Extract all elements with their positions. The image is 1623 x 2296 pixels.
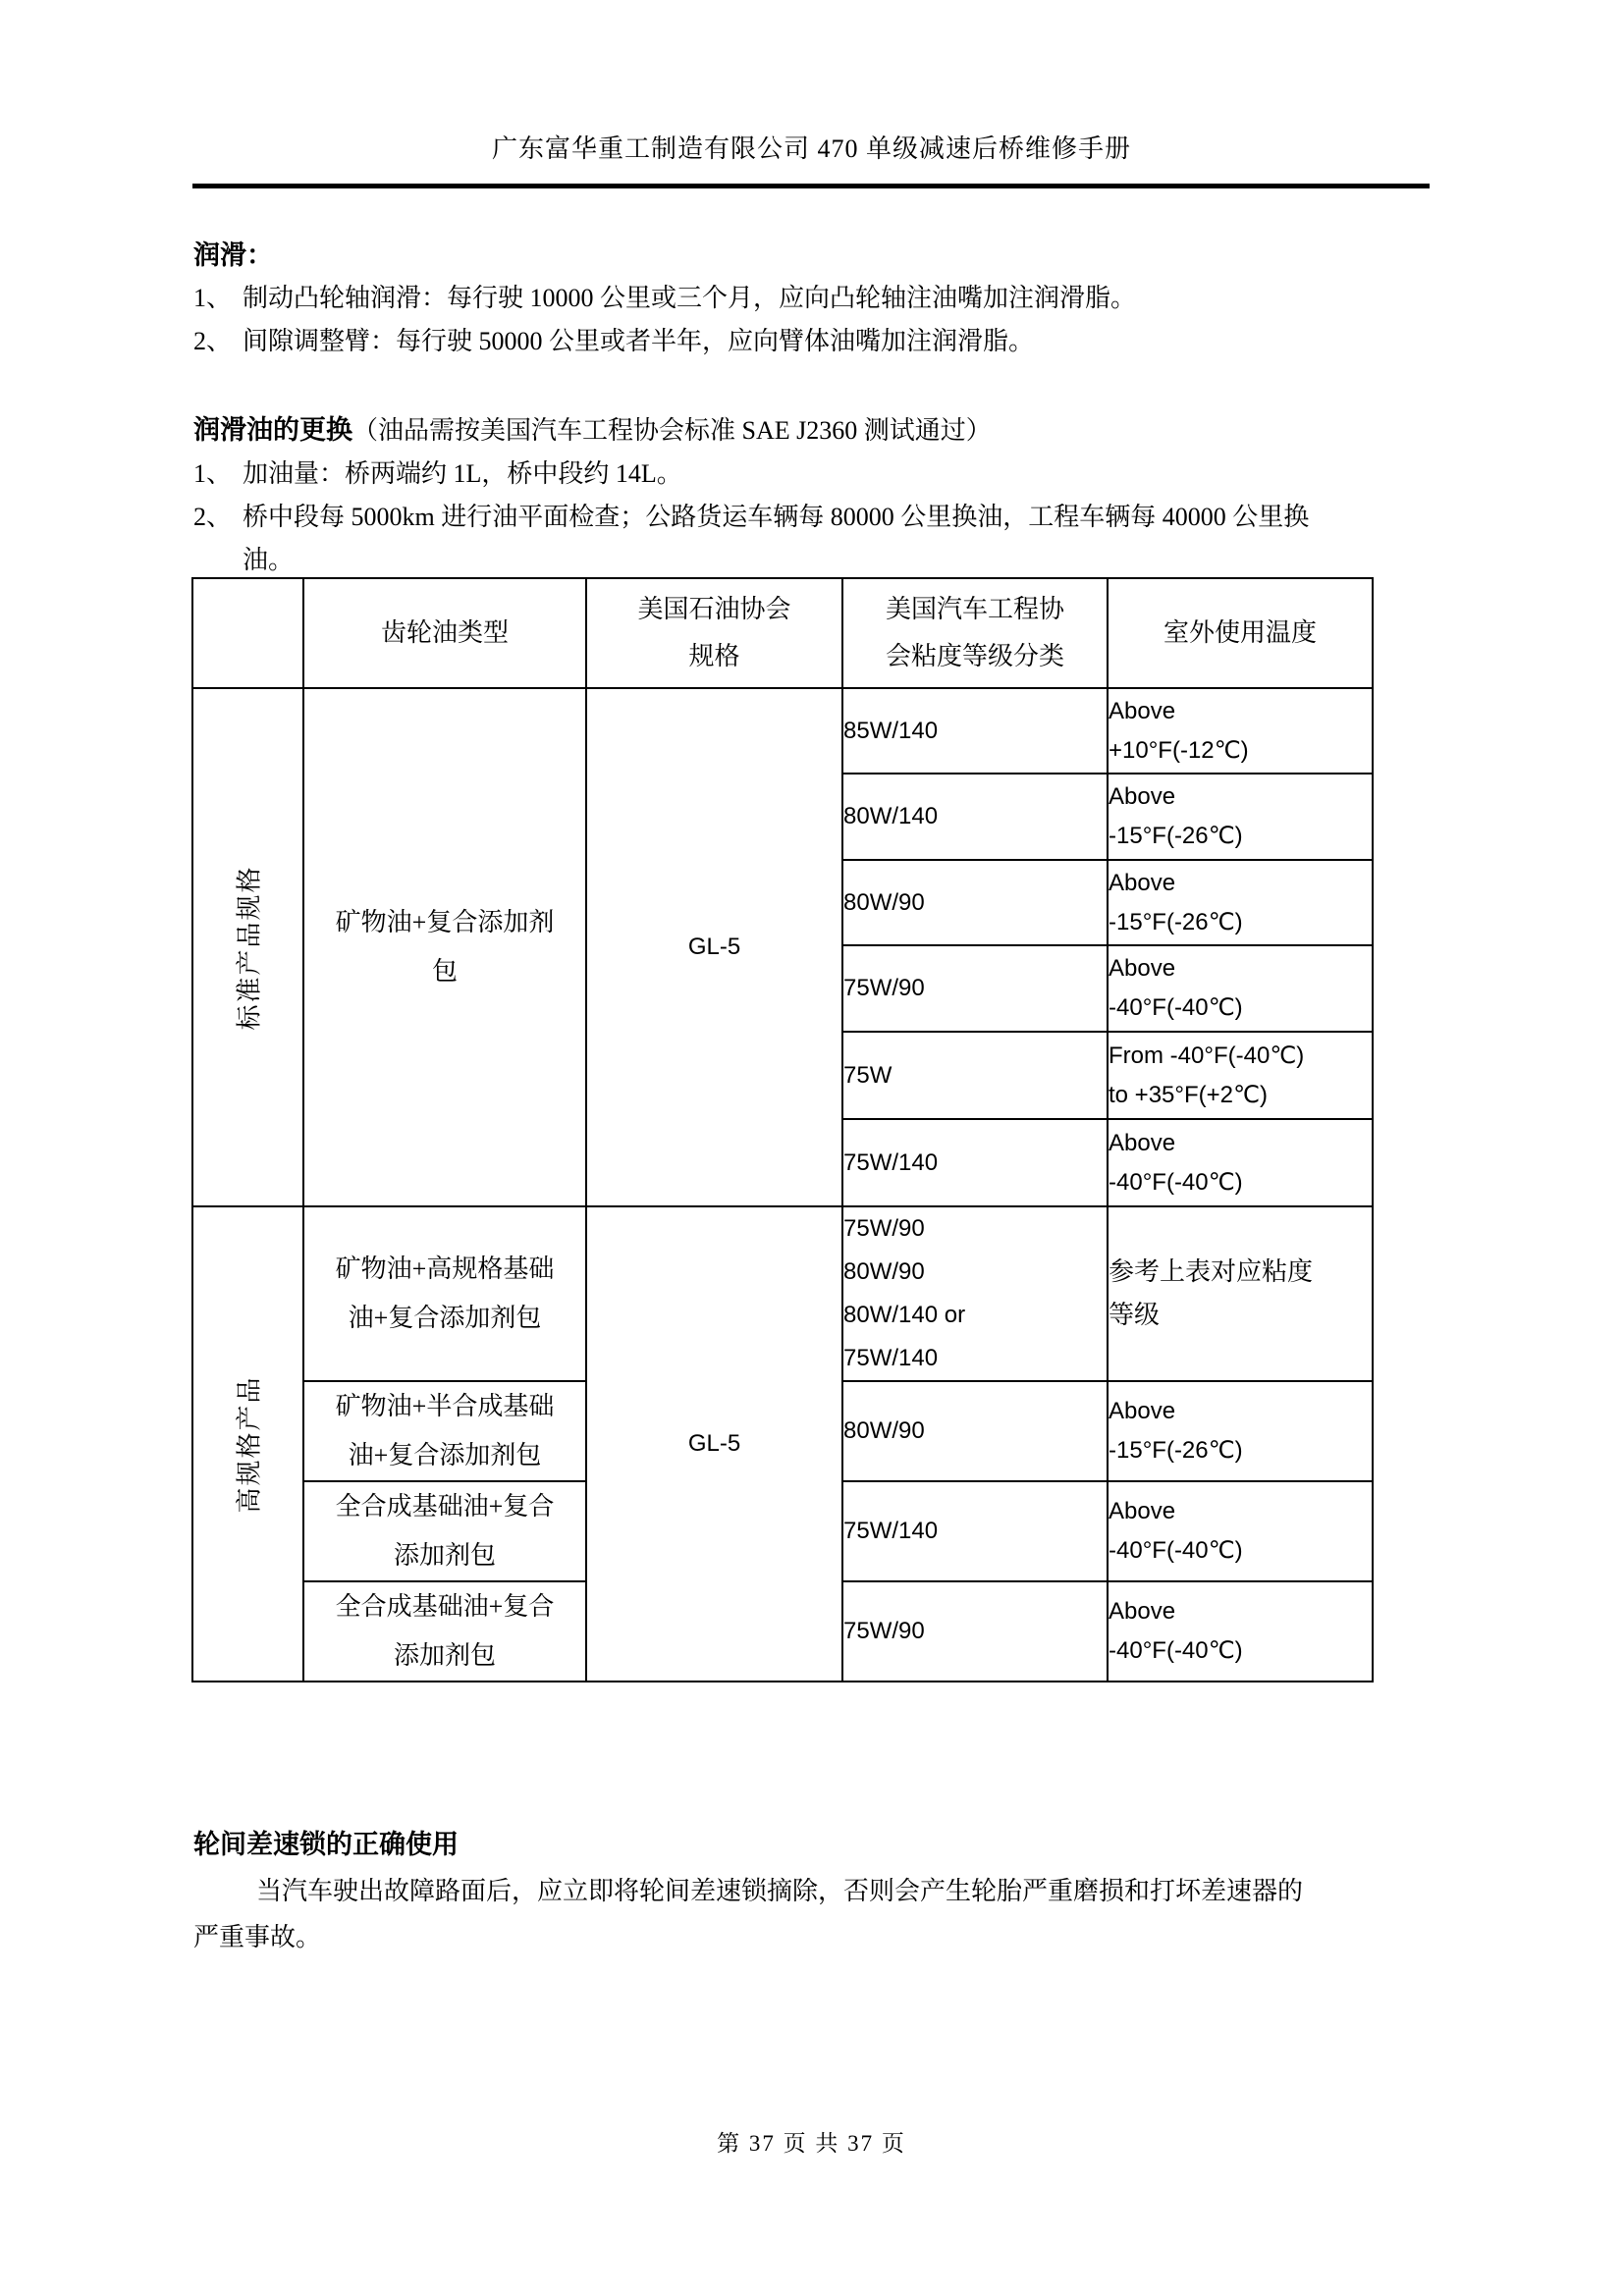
group2-row-label-cell: 高规格产品 xyxy=(192,1206,303,1682)
temperature-cell: Above -40°F(-40℃) xyxy=(1108,945,1373,1032)
oil-change-heading: 润滑油的更换（油品需按美国汽车工程协会标准 SAE J2360 测试通过） xyxy=(193,408,1470,453)
group1-row-label-cell: 标准产品规格 xyxy=(192,688,303,1206)
oil-change-heading-note: （油品需按美国汽车工程协会标准 SAE J2360 测试通过） xyxy=(352,416,992,445)
viscosity-cell: 75W xyxy=(842,1032,1108,1119)
group1-api-spec-cell: GL-5 xyxy=(586,688,842,1206)
viscosity-cell: 80W/90 xyxy=(842,860,1108,945)
diff-lock-heading: 轮间差速锁的正确使用 xyxy=(193,1822,1460,1868)
list-item-text: 桥中段每 5000km 进行油平面检查；公路货运车辆每 80000 公里换油，工… xyxy=(243,496,1470,582)
section-diff-lock: 轮间差速锁的正确使用 当汽车驶出故障路面后，应立即将轮间差速锁摘除，否则会产生轮… xyxy=(193,1822,1460,1960)
oil-type-cell: 矿物油+半合成基础 油+复合添加剂包 xyxy=(303,1381,586,1481)
list-item-number: 2、 xyxy=(193,496,243,582)
viscosity-cell: 75W/140 xyxy=(842,1119,1108,1206)
oil-type-cell: 全合成基础油+复合 添加剂包 xyxy=(303,1481,586,1581)
col-header-gear-oil-type: 齿轮油类型 xyxy=(303,578,586,688)
page-header-title: 广东富华重工制造有限公司 470 单级减速后桥维修手册 xyxy=(0,133,1623,165)
viscosity-cell: 75W/90 xyxy=(842,1581,1108,1682)
page-number-footer: 第 37 页 共 37 页 xyxy=(0,2122,1623,2165)
vertical-label-wrap: 高规格产品 xyxy=(193,1225,300,1663)
viscosity-cell: 80W/90 xyxy=(842,1381,1108,1481)
oil-type-cell: 全合成基础油+复合 添加剂包 xyxy=(303,1581,586,1682)
temperature-cell: Above -40°F(-40℃) xyxy=(1108,1119,1373,1206)
manual-page: 广东富华重工制造有限公司 470 单级减速后桥维修手册 润滑： 1、 制动凸轮轴… xyxy=(0,0,1623,2296)
list-item-number: 1、 xyxy=(193,453,243,496)
list-item-text: 间隙调整臂：每行驶 50000 公里或者半年，应向臂体油嘴加注润滑脂。 xyxy=(243,320,1470,363)
viscosity-cell: 80W/140 xyxy=(842,774,1108,860)
oil-type-cell: 矿物油+高规格基础 油+复合添加剂包 xyxy=(303,1206,586,1381)
temperature-cell: Above -15°F(-26℃) xyxy=(1108,1381,1373,1481)
list-item: 1、 加油量：桥两端约 1L，桥中段约 14L。 xyxy=(193,453,1470,496)
list-item: 2、 间隙调整臂：每行驶 50000 公里或者半年，应向臂体油嘴加注润滑脂。 xyxy=(193,320,1470,363)
lubrication-heading: 润滑： xyxy=(193,234,1470,277)
diff-lock-paragraph: 当汽车驶出故障路面后，应立即将轮间差速锁摘除，否则会产生轮胎严重磨损和打坏差速器… xyxy=(193,1868,1460,1960)
group1-oil-type-cell: 矿物油+复合添加剂 包 xyxy=(303,688,586,1206)
list-item-number: 2、 xyxy=(193,320,243,363)
gear-oil-spec-table: 齿轮油类型 美国石油协会 规格 美国汽车工程协 会粘度等级分类 室外使用温度 标… xyxy=(191,577,1374,1682)
header-rule-divider xyxy=(192,184,1430,188)
section-lubrication: 润滑： 1、 制动凸轮轴润滑：每行驶 10000 公里或三个月，应向凸轮轴注油嘴… xyxy=(193,234,1470,363)
col-header-api-spec: 美国石油协会 规格 xyxy=(586,578,842,688)
col-header-sae-viscosity: 美国汽车工程协 会粘度等级分类 xyxy=(842,578,1108,688)
temperature-cell: From -40°F(-40℃) to +35°F(+2℃) xyxy=(1108,1032,1373,1119)
group1-row-label: 标准产品规格 xyxy=(229,865,265,1030)
temperature-cell: Above -15°F(-26℃) xyxy=(1108,774,1373,860)
viscosity-cell: 75W/140 xyxy=(842,1481,1108,1581)
viscosity-cell: 85W/140 xyxy=(842,688,1108,774)
temperature-cell: 参考上表对应粘度 等级 xyxy=(1108,1206,1373,1381)
group2-row-label: 高规格产品 xyxy=(229,1375,265,1513)
temperature-cell: Above -15°F(-26℃) xyxy=(1108,860,1373,945)
temperature-cell: Above +10°F(-12℃) xyxy=(1108,688,1373,774)
list-item-text: 制动凸轮轴润滑：每行驶 10000 公里或三个月，应向凸轮轴注油嘴加注润滑脂。 xyxy=(243,277,1470,320)
col-header-outdoor-temp: 室外使用温度 xyxy=(1108,578,1373,688)
vertical-label-wrap: 标准产品规格 xyxy=(193,690,300,1204)
section-oil-change: 润滑油的更换（油品需按美国汽车工程协会标准 SAE J2360 测试通过） 1、… xyxy=(193,408,1470,582)
temperature-cell: Above -40°F(-40℃) xyxy=(1108,1481,1373,1581)
list-item: 2、 桥中段每 5000km 进行油平面检查；公路货运车辆每 80000 公里换… xyxy=(193,496,1470,582)
list-item-text: 加油量：桥两端约 1L，桥中段约 14L。 xyxy=(243,453,1470,496)
temperature-cell: Above -40°F(-40℃) xyxy=(1108,1581,1373,1682)
viscosity-cell: 75W/90 80W/90 80W/140 or 75W/140 xyxy=(842,1206,1108,1381)
table-ghost-cell xyxy=(192,578,303,688)
list-item-number: 1、 xyxy=(193,277,243,320)
table-header-row: 齿轮油类型 美国石油协会 规格 美国汽车工程协 会粘度等级分类 室外使用温度 xyxy=(192,578,1373,688)
oil-change-heading-bold: 润滑油的更换 xyxy=(193,415,352,445)
table-row: 标准产品规格 矿物油+复合添加剂 包 GL-5 85W/140 Above +1… xyxy=(192,688,1373,774)
list-item: 1、 制动凸轮轴润滑：每行驶 10000 公里或三个月，应向凸轮轴注油嘴加注润滑… xyxy=(193,277,1470,320)
table-row: 高规格产品 矿物油+高规格基础 油+复合添加剂包 GL-5 75W/90 80W… xyxy=(192,1206,1373,1381)
viscosity-cell: 75W/90 xyxy=(842,945,1108,1032)
group2-api-spec-cell: GL-5 xyxy=(586,1206,842,1682)
